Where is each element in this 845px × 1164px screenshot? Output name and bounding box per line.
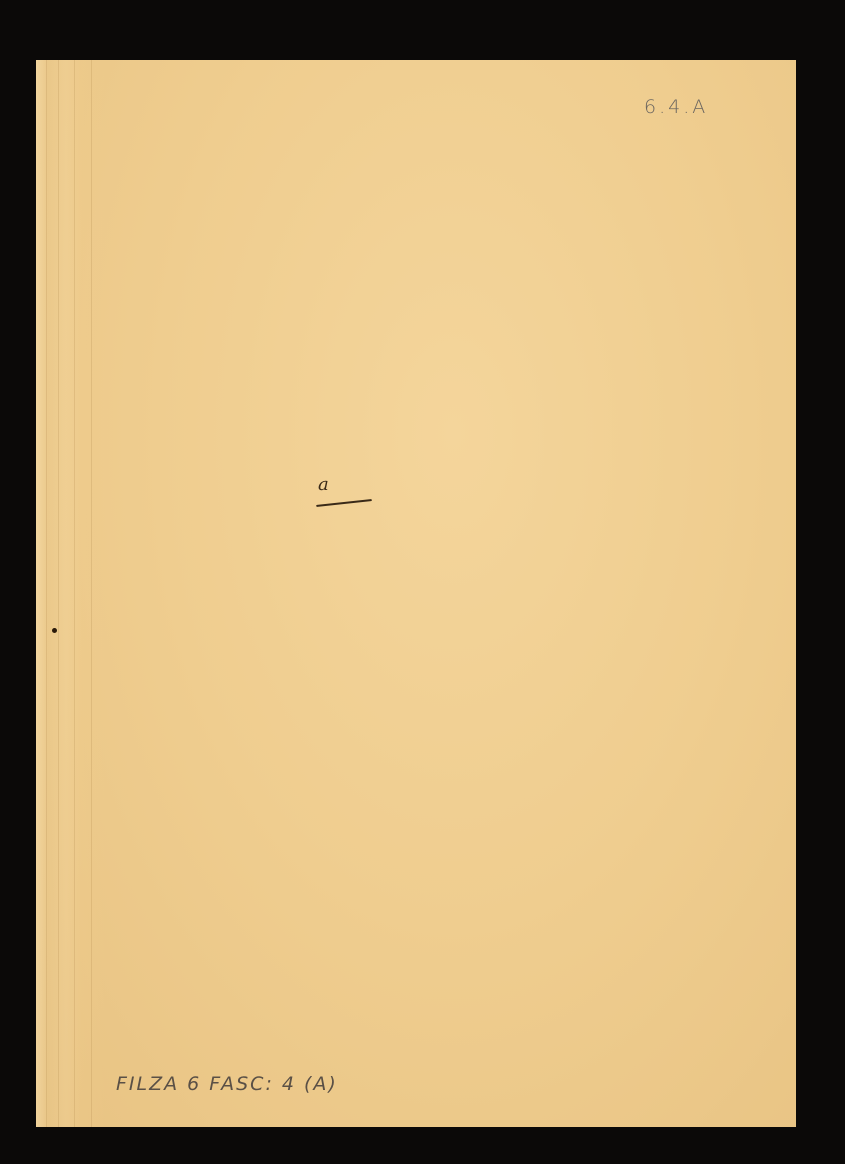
paper-sheet: 6.4.A a FILZA 6 FASC: 4 (A) xyxy=(36,60,796,1127)
fold-crease xyxy=(58,60,59,1127)
fold-crease xyxy=(46,60,47,1127)
center-mark-underline xyxy=(316,499,372,507)
fold-crease xyxy=(91,60,92,1127)
reference-code: 6.4.A xyxy=(644,96,708,118)
center-mark: a xyxy=(318,474,332,495)
folder-label: FILZA 6 FASC: 4 (A) xyxy=(116,1073,338,1095)
ink-spot xyxy=(52,628,57,633)
fold-crease xyxy=(74,60,75,1127)
